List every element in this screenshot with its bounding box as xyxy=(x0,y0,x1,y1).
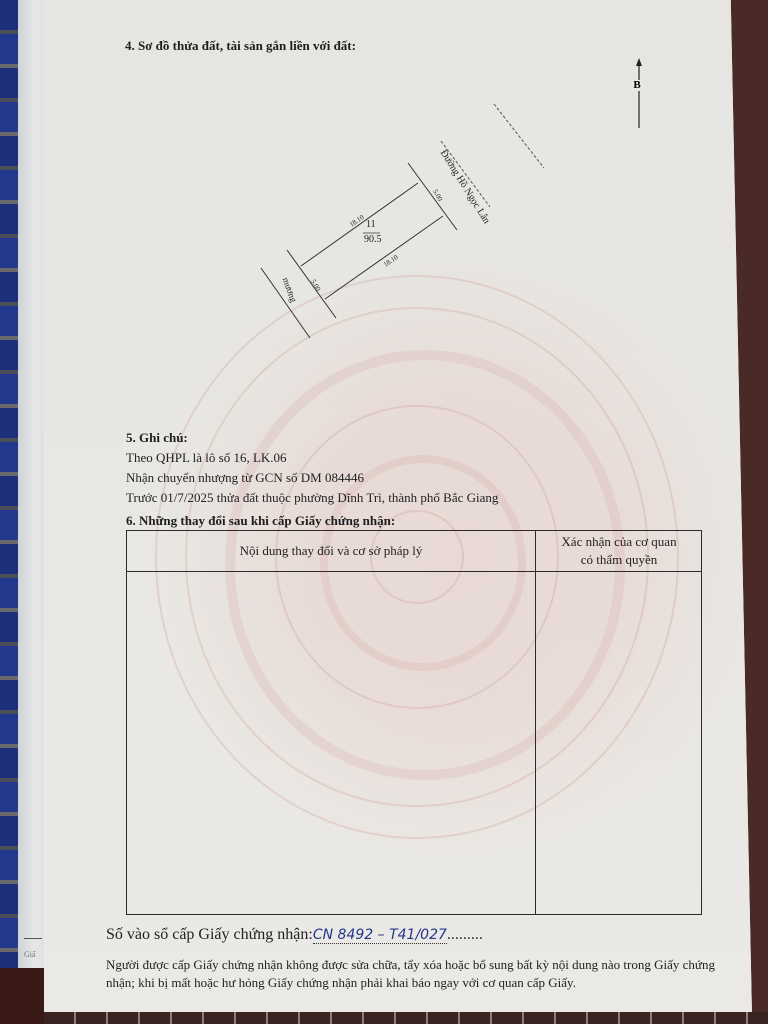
north-arrow-icon xyxy=(632,58,646,130)
registration-line: Số vào sổ cấp Giấy chứng nhận:CN 8492 – … xyxy=(106,926,483,944)
note-line-3: Trước 01/7/2025 thửa đất thuộc phường Dĩ… xyxy=(126,490,498,506)
registration-trailing-dots: ......... xyxy=(447,926,483,943)
section-6-title: 6. Những thay đổi sau khi cấp Giấy chứng… xyxy=(126,513,395,529)
column-header-confirmation: Xác nhận của cơ quan có thẩm quyền xyxy=(537,533,701,569)
column-header-confirmation-line-1: Xác nhận của cơ quan xyxy=(537,533,701,551)
table-header-rule xyxy=(127,571,701,572)
north-label: B xyxy=(632,80,642,91)
section-4-title: 4. Sơ đồ thửa đất, tài sản gắn liền với … xyxy=(125,38,356,54)
section-5-title: 5. Ghi chú: xyxy=(126,430,188,446)
column-header-content: Nội dung thay đổi và cơ sở pháp lý xyxy=(127,543,535,559)
underlying-page-label: Giấ xyxy=(24,950,36,959)
content-cell-empty xyxy=(127,573,533,914)
registration-number: CN 8492 – T41/027 xyxy=(313,927,447,944)
certificate-notice: Người được cấp Giấy chứng nhận không đượ… xyxy=(106,956,716,992)
note-line-1: Theo QHPL là lô số 16, LK.06 xyxy=(126,450,287,466)
parcel-area: 90.5 xyxy=(364,234,382,245)
registration-label: Số vào sổ cấp Giấy chứng nhận: xyxy=(106,926,313,943)
page-bottom-edge xyxy=(44,1012,768,1024)
confirmation-cell-empty xyxy=(537,573,701,914)
parcel-number: 11 xyxy=(366,219,376,230)
desk-surface xyxy=(0,968,48,1024)
table-column-rule xyxy=(535,531,536,914)
note-line-2: Nhận chuyển nhượng từ GCN số DM 084446 xyxy=(126,470,364,486)
underlying-page-rule xyxy=(24,938,42,939)
changes-table: Nội dung thay đổi và cơ sở pháp lý Xác n… xyxy=(126,530,702,915)
column-header-confirmation-line-2: có thẩm quyền xyxy=(537,551,701,569)
